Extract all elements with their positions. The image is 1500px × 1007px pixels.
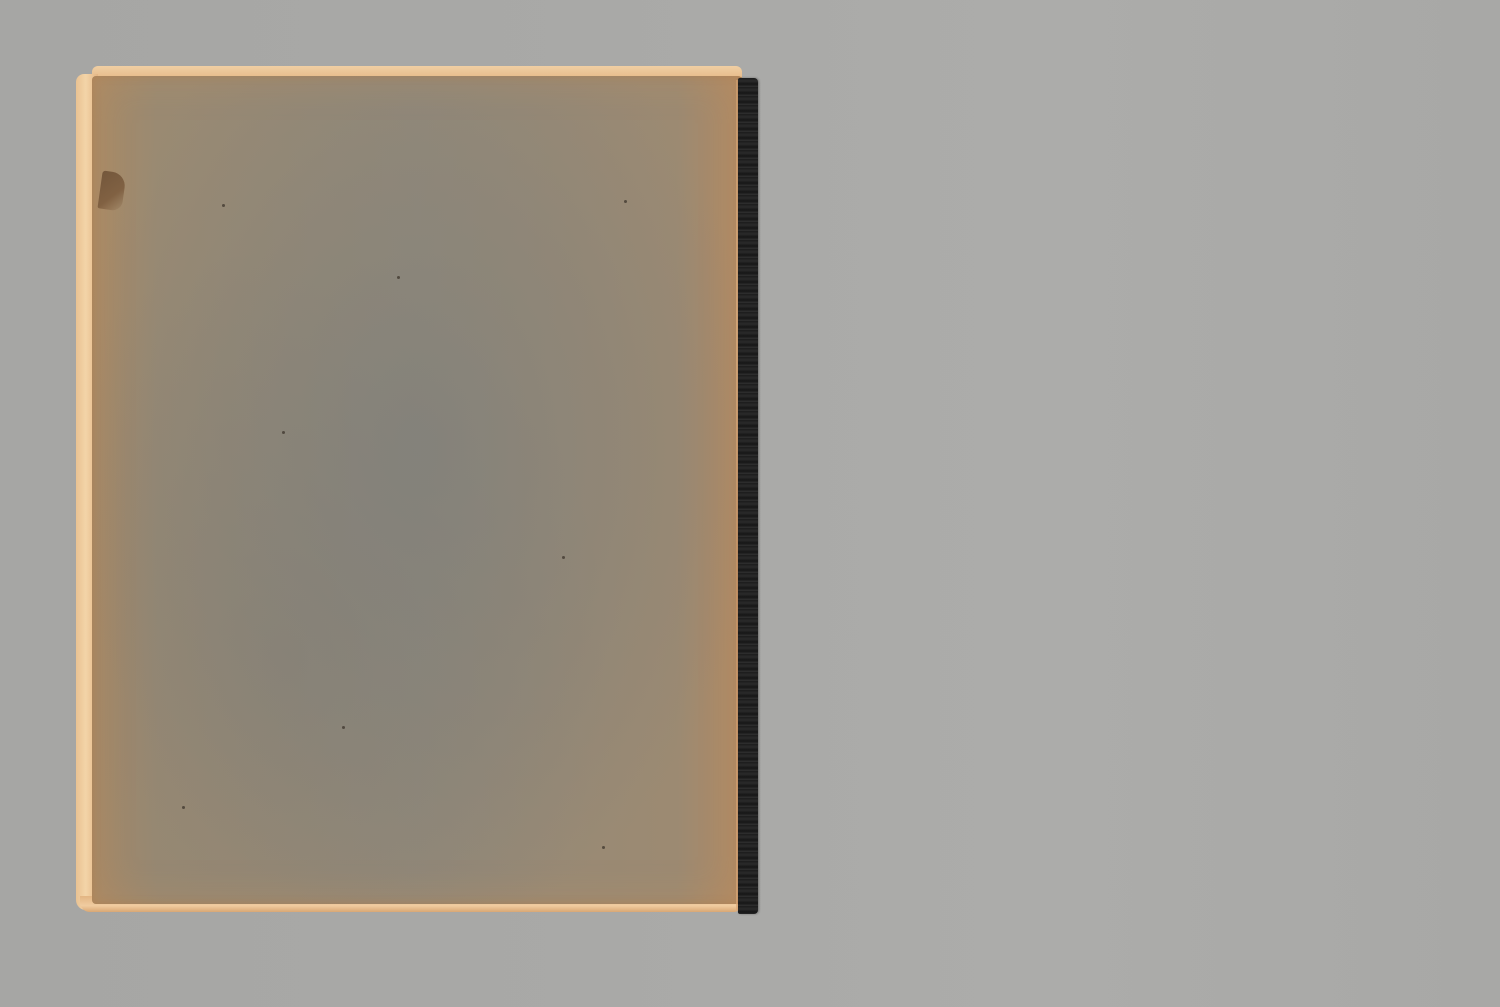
photo-scene: Blank back cover of a vintage booklet Cr… — [0, 0, 1500, 1007]
cover-speck — [222, 204, 225, 207]
booklet-spine: Black cloth spine — [738, 78, 758, 914]
cover-speck — [182, 806, 185, 809]
scene-caption: Blank back cover of a vintage booklet — [0, 0, 1, 1]
cover-speck — [342, 726, 345, 729]
cover-speck — [624, 200, 627, 203]
cover-speck — [282, 431, 285, 434]
booklet-back-cover: Kraft paper cover (blank) — [92, 76, 742, 904]
cover-speck — [397, 276, 400, 279]
cover-speck — [602, 846, 605, 849]
cover-speck — [562, 556, 565, 559]
